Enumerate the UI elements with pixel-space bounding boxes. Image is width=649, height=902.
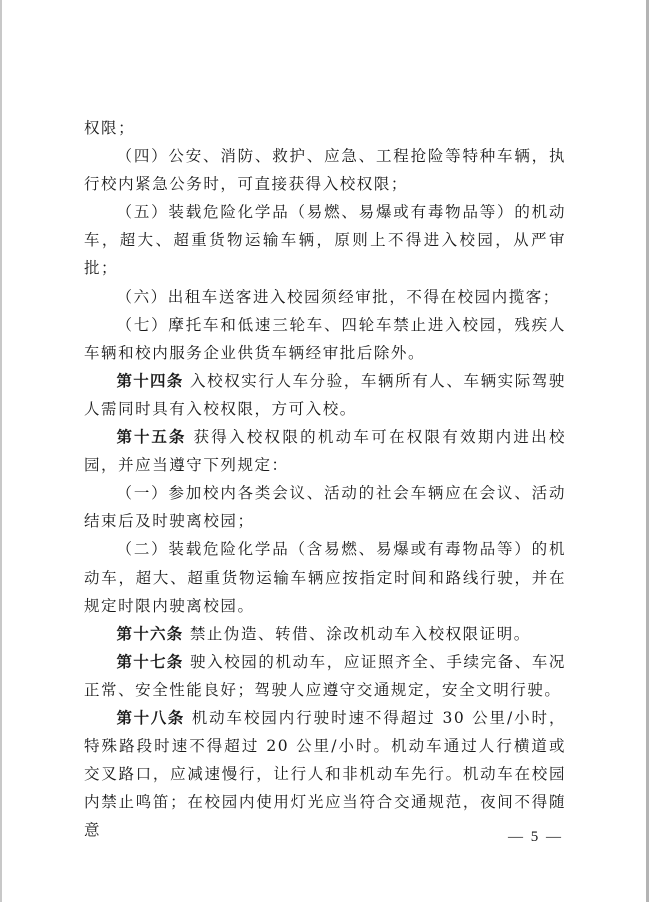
paragraph-text: 权限； [84, 119, 135, 137]
article-18: 第十八条 机动车校园内行驶时速不得超过 30 公里/小时，特殊路段时速不得超过 … [84, 704, 566, 844]
article-heading: 第十八条 [117, 709, 185, 727]
article-17: 第十七条 驶入校园的机动车，应证照齐全、手续完备、车况正常、安全性能良好；驾驶人… [84, 648, 566, 704]
paragraph-7: （一）参加校内各类会议、活动的社会车辆应在会议、活动结束后及时驶离校园； [84, 479, 566, 535]
article-heading: 第十六条 [117, 625, 184, 643]
paragraph-2: （五）装载危险化学品（易燃、易爆或有毒物品等）的机动车，超大、超重货物运输车辆，… [84, 198, 566, 282]
paragraph-text: （一）参加校内各类会议、活动的社会车辆应在会议、活动结束后及时驶离校园； [84, 484, 566, 530]
article-16: 第十六条 禁止伪造、转借、涂改机动车入校权限证明。 [84, 620, 566, 648]
article-heading: 第十四条 [117, 372, 184, 390]
paragraph-text: 机动车校园内行驶时速不得超过 30 公里/小时，特殊路段时速不得超过 20 公里… [84, 709, 566, 839]
article-14: 第十四条 入校权实行人车分验，车辆所有人、车辆实际驾驶人需同时具有入校权限，方可… [84, 367, 566, 423]
paragraph-text: （五）装载危险化学品（易燃、易爆或有毒物品等）的机动车，超大、超重货物运输车辆，… [84, 203, 566, 277]
paragraph-0: 权限； [84, 114, 566, 142]
page-number: — 5 — [508, 829, 563, 846]
page-edge-left [0, 0, 2, 902]
article-15: 第十五条 获得入校权限的机动车可在权限有效期内进出校园，并应当遵守下列规定： [84, 423, 566, 479]
paragraph-3: （六）出租车送客进入校园须经审批，不得在校园内揽客； [84, 283, 566, 311]
paragraph-8: （二）装载危险化学品（含易燃、易爆或有毒物品等）的机动车，超大、超重货物运输车辆… [84, 535, 566, 619]
paragraph-text: （六）出租车送客进入校园须经审批，不得在校园内揽客； [117, 288, 560, 306]
paragraph-4: （七）摩托车和低速三轮车、四轮车禁止进入校园，残疾人车辆和校内服务企业供货车辆经… [84, 311, 566, 367]
article-heading: 第十七条 [117, 653, 184, 671]
paragraph-text: （四）公安、消防、救护、应急、工程抢险等特种车辆，执行校内紧急公务时，可直接获得… [84, 147, 566, 193]
document-page: 权限； （四）公安、消防、救护、应急、工程抢险等特种车辆，执行校内紧急公务时，可… [84, 114, 566, 844]
paragraph-text: （七）摩托车和低速三轮车、四轮车禁止进入校园，残疾人车辆和校内服务企业供货车辆经… [84, 316, 566, 362]
paragraph-1: （四）公安、消防、救护、应急、工程抢险等特种车辆，执行校内紧急公务时，可直接获得… [84, 142, 566, 198]
paragraph-text: 禁止伪造、转借、涂改机动车入校权限证明。 [183, 625, 530, 643]
paragraph-text: （二）装载危险化学品（含易燃、易爆或有毒物品等）的机动车，超大、超重货物运输车辆… [84, 540, 566, 614]
article-heading: 第十五条 [117, 428, 187, 446]
